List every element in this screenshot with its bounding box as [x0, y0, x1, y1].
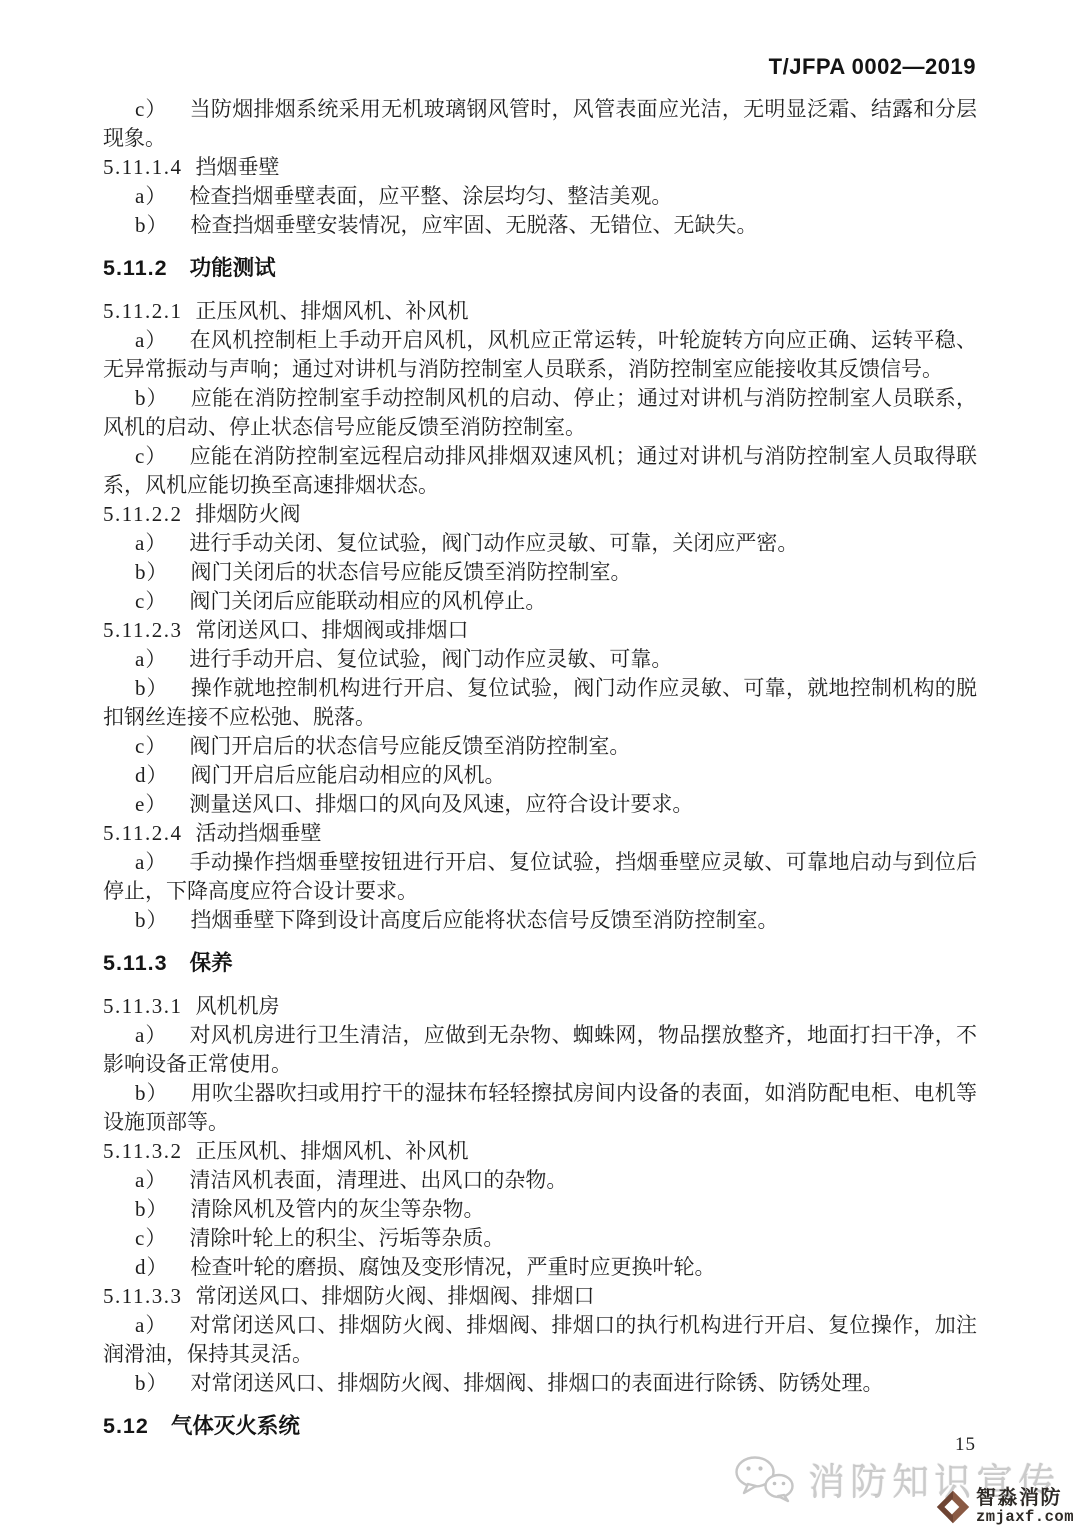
list-text: 清除叶轮上的积尘、污垢等杂质。	[189, 1226, 504, 1250]
clause-number: 5.12	[103, 1414, 149, 1438]
list-item: b）阀门关闭后的状态信号应能反馈至消防控制室。	[103, 558, 977, 587]
wechat-icon	[734, 1455, 796, 1503]
clause-heading: 5.11.2.2排烟防火阀	[103, 500, 977, 529]
clause-title: 常闭送风口、排烟阀或排烟口	[195, 618, 468, 642]
clause-title: 正压风机、排烟风机、补风机	[195, 299, 468, 323]
clause-title: 风机机房	[195, 994, 279, 1018]
list-marker: c）	[135, 1224, 167, 1253]
list-item: a）清洁风机表面，清理进、出风口的杂物。	[103, 1166, 977, 1195]
list-text: 应能在消防控制室手动控制风机的启动、停止；通过对讲机与消防控制室人员联系，风机的…	[103, 386, 977, 439]
clause-title: 排烟防火阀	[195, 502, 300, 526]
clause-title: 挡烟垂壁	[195, 155, 279, 179]
list-text: 当防烟排烟系统采用无机玻璃钢风管时，风管表面应光洁，无明显泛霜、结露和分层现象。	[103, 97, 977, 150]
brand-name: 智淼消防	[976, 1488, 1074, 1509]
list-marker: a）	[135, 529, 167, 558]
section-heading: 5.12气体灭火系统	[103, 1412, 977, 1441]
clause-number: 5.11.3	[103, 951, 168, 975]
clause-title: 活动挡烟垂壁	[195, 821, 321, 845]
list-marker: b）	[135, 1195, 169, 1224]
list-marker: b）	[135, 906, 169, 935]
list-text: 检查叶轮的磨损、腐蚀及变形情况，严重时应更换叶轮。	[191, 1255, 716, 1279]
list-text: 清洁风机表面，清理进、出风口的杂物。	[189, 1168, 567, 1192]
list-text: 挡烟垂壁下降到设计高度后应能将状态信号反馈至消防控制室。	[191, 908, 779, 932]
section-heading: 5.11.3保养	[103, 949, 977, 978]
list-marker: c）	[135, 587, 167, 616]
list-text: 对风机房进行卫生清洁，应做到无杂物、蜘蛛网，物品摆放整齐，地面打扫干净，不影响设…	[103, 1023, 977, 1076]
list-marker: c）	[135, 732, 167, 761]
list-marker: a）	[135, 1021, 167, 1050]
list-marker: c）	[135, 442, 167, 471]
list-item: a）在风机控制柜上手动开启风机，风机应正常运转，叶轮旋转方向应正确、运转平稳、无…	[103, 326, 977, 384]
clause-title: 气体灭火系统	[171, 1414, 300, 1438]
list-marker: a）	[135, 1166, 167, 1195]
document-body: c）当防烟排烟系统采用无机玻璃钢风管时，风管表面应光洁，无明显泛霜、结露和分层现…	[103, 95, 977, 1455]
clause-title: 功能测试	[190, 256, 276, 280]
list-text: 进行手动关闭、复位试验，阀门动作应灵敏、可靠，关闭应严密。	[189, 531, 798, 555]
list-marker: d）	[135, 761, 169, 790]
list-item: a）进行手动关闭、复位试验，阀门动作应灵敏、可靠，关闭应严密。	[103, 529, 977, 558]
clause-heading: 5.11.2.1正压风机、排烟风机、补风机	[103, 297, 977, 326]
list-marker: d）	[135, 1253, 169, 1282]
list-item: b）操作就地控制机构进行开启、复位试验，阀门动作应灵敏、可靠，就地控制机构的脱扣…	[103, 674, 977, 732]
clause-number: 5.11.2.3	[103, 618, 182, 642]
list-marker: a）	[135, 1311, 167, 1340]
list-item: c）当防烟排烟系统采用无机玻璃钢风管时，风管表面应光洁，无明显泛霜、结露和分层现…	[103, 95, 977, 153]
list-item: c）应能在消防控制室远程启动排风排烟双速风机；通过对讲机与消防控制室人员取得联系…	[103, 442, 977, 500]
list-marker: a）	[135, 182, 167, 211]
standard-number: T/JFPA 0002—2019	[769, 54, 976, 80]
list-text: 对常闭送风口、排烟防火阀、排烟阀、排烟口的表面进行除锈、防锈处理。	[191, 1371, 884, 1395]
list-item: b）对常闭送风口、排烟防火阀、排烟阀、排烟口的表面进行除锈、防锈处理。	[103, 1369, 977, 1398]
list-marker: b）	[135, 558, 169, 587]
list-item: a）对常闭送风口、排烟防火阀、排烟阀、排烟口的执行机构进行开启、复位操作，加注润…	[103, 1311, 977, 1369]
list-marker: b）	[135, 674, 169, 703]
list-item: b）检查挡烟垂壁安装情况，应牢固、无脱落、无错位、无缺失。	[103, 211, 977, 240]
list-marker: b）	[135, 384, 169, 413]
list-item: c）阀门开启后的状态信号应能反馈至消防控制室。	[103, 732, 977, 761]
list-item: a）检查挡烟垂壁表面，应平整、涂层均匀、整洁美观。	[103, 182, 977, 211]
list-text: 阀门开启后应能启动相应的风机。	[191, 763, 506, 787]
clause-heading: 5.11.1.4挡烟垂壁	[103, 153, 977, 182]
list-text: 检查挡烟垂壁表面，应平整、涂层均匀、整洁美观。	[189, 184, 672, 208]
clause-number: 5.11.2	[103, 256, 168, 280]
clause-number: 5.11.1.4	[103, 155, 182, 179]
list-item: b）清除风机及管内的灰尘等杂物。	[103, 1195, 977, 1224]
list-marker: c）	[135, 95, 167, 124]
list-item: b）用吹尘器吹扫或用拧干的湿抹布轻轻擦拭房间内设备的表面，如消防配电柜、电机等设…	[103, 1079, 977, 1137]
document-page: T/JFPA 0002—2019 c）当防烟排烟系统采用无机玻璃钢风管时，风管表…	[0, 0, 1080, 1527]
list-text: 阀门关闭后的状态信号应能反馈至消防控制室。	[191, 560, 632, 584]
clause-number: 5.11.2.1	[103, 299, 182, 323]
clause-heading: 5.11.3.3常闭送风口、排烟防火阀、排烟阀、排烟口	[103, 1282, 977, 1311]
clause-heading: 5.11.2.4活动挡烟垂壁	[103, 819, 977, 848]
list-item: b）应能在消防控制室手动控制风机的启动、停止；通过对讲机与消防控制室人员联系，风…	[103, 384, 977, 442]
list-item: a）进行手动开启、复位试验，阀门动作应灵敏、可靠。	[103, 645, 977, 674]
list-text: 应能在消防控制室远程启动排风排烟双速风机；通过对讲机与消防控制室人员取得联系，风…	[103, 444, 977, 497]
list-text: 在风机控制柜上手动开启风机，风机应正常运转，叶轮旋转方向应正确、运转平稳、无异常…	[103, 328, 977, 381]
list-item: d）阀门开启后应能启动相应的风机。	[103, 761, 977, 790]
list-item: c）阀门关闭后应能联动相应的风机停止。	[103, 587, 977, 616]
list-text: 清除风机及管内的灰尘等杂物。	[191, 1197, 485, 1221]
list-text: 阀门开启后的状态信号应能反馈至消防控制室。	[189, 734, 630, 758]
list-marker: e）	[135, 790, 167, 819]
clause-heading: 5.11.2.3常闭送风口、排烟阀或排烟口	[103, 616, 977, 645]
brand-logo-icon	[935, 1489, 971, 1525]
clause-heading: 5.11.3.1风机机房	[103, 992, 977, 1021]
list-text: 测量送风口、排烟口的风向及风速，应符合设计要求。	[189, 792, 693, 816]
clause-title: 常闭送风口、排烟防火阀、排烟阀、排烟口	[195, 1284, 594, 1308]
list-text: 检查挡烟垂壁安装情况，应牢固、无脱落、无错位、无缺失。	[191, 213, 758, 237]
section-heading: 5.11.2功能测试	[103, 254, 977, 283]
clause-number: 5.11.3.3	[103, 1284, 182, 1308]
clause-number: 5.11.3.1	[103, 994, 182, 1018]
list-item: a）手动操作挡烟垂壁按钮进行开启、复位试验，挡烟垂壁应灵敏、可靠地启动与到位后停…	[103, 848, 977, 906]
list-item: a）对风机房进行卫生清洁，应做到无杂物、蜘蛛网，物品摆放整齐，地面打扫干净，不影…	[103, 1021, 977, 1079]
clause-heading: 5.11.3.2正压风机、排烟风机、补风机	[103, 1137, 977, 1166]
list-text: 进行手动开启、复位试验，阀门动作应灵敏、可靠。	[189, 647, 672, 671]
list-item: c）清除叶轮上的积尘、污垢等杂质。	[103, 1224, 977, 1253]
list-marker: a）	[135, 645, 167, 674]
list-item: e）测量送风口、排烟口的风向及风速，应符合设计要求。	[103, 790, 977, 819]
list-item: b）挡烟垂壁下降到设计高度后应能将状态信号反馈至消防控制室。	[103, 906, 977, 935]
list-text: 操作就地控制机构进行开启、复位试验，阀门动作应灵敏、可靠，就地控制机构的脱扣钢丝…	[103, 676, 977, 729]
clause-number: 5.11.3.2	[103, 1139, 182, 1163]
clause-title: 正压风机、排烟风机、补风机	[195, 1139, 468, 1163]
clause-title: 保养	[190, 951, 233, 975]
clause-number: 5.11.2.4	[103, 821, 182, 845]
list-marker: a）	[135, 326, 167, 355]
brand-url: zmjaxf.com	[976, 1509, 1074, 1526]
brand-watermark: 智淼消防 zmjaxf.com	[935, 1488, 1074, 1526]
list-marker: b）	[135, 1369, 169, 1398]
list-text: 对常闭送风口、排烟防火阀、排烟阀、排烟口的执行机构进行开启、复位操作，加注润滑油…	[103, 1313, 977, 1366]
list-marker: a）	[135, 848, 167, 877]
list-marker: b）	[135, 211, 169, 240]
list-text: 手动操作挡烟垂壁按钮进行开启、复位试验，挡烟垂壁应灵敏、可靠地启动与到位后停止，…	[103, 850, 977, 903]
list-text: 阀门关闭后应能联动相应的风机停止。	[189, 589, 546, 613]
clause-number: 5.11.2.2	[103, 502, 182, 526]
list-marker: b）	[135, 1079, 169, 1108]
list-text: 用吹尘器吹扫或用拧干的湿抹布轻轻擦拭房间内设备的表面，如消防配电柜、电机等设施顶…	[103, 1081, 977, 1134]
list-item: d）检查叶轮的磨损、腐蚀及变形情况，严重时应更换叶轮。	[103, 1253, 977, 1282]
